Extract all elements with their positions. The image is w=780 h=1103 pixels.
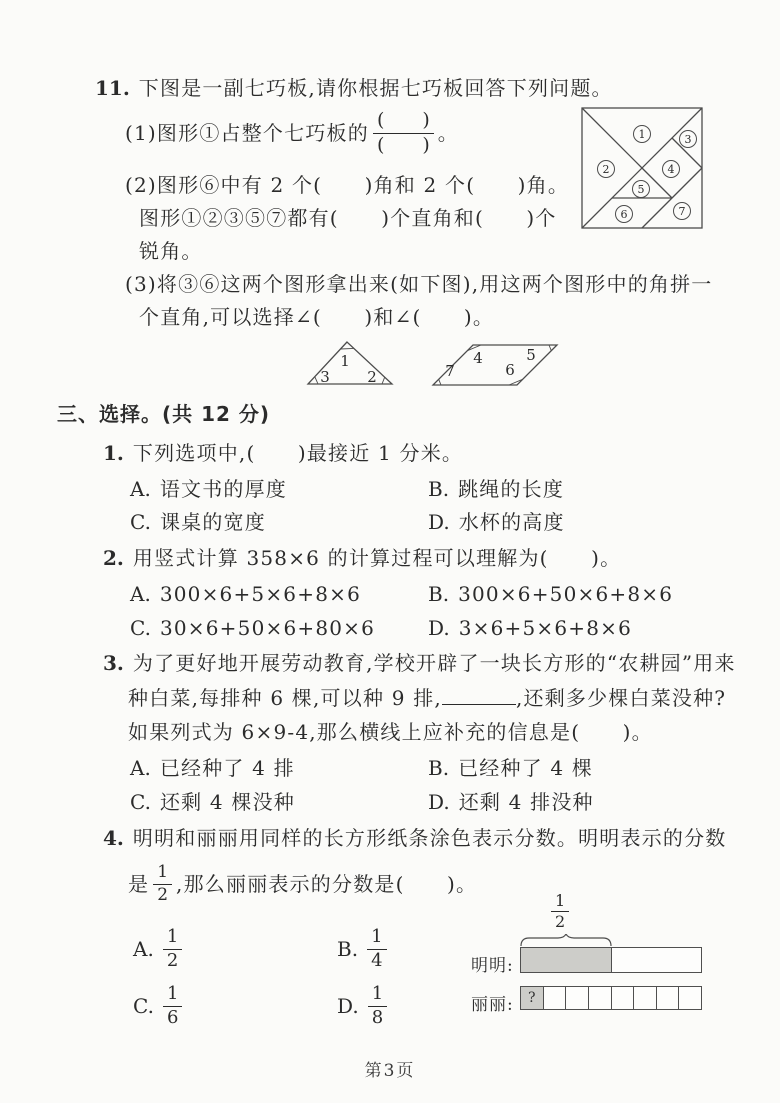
q1-option-c: C.课桌的宽度: [130, 510, 266, 535]
q4-option-a-label: A.: [133, 937, 154, 962]
q3-option-d: D.还剩 4 排没种: [428, 790, 594, 815]
q11-part3-line1: (3)将③⑥这两个图形拿出来(如下图),用这两个图形中的角拼一: [125, 272, 713, 297]
triangle-angle-2-label: 2: [367, 368, 377, 386]
parallelogram-angle-5-label: 5: [526, 346, 536, 364]
q2-option-b: B.300×6+50×6+8×6: [428, 582, 673, 607]
q4-stem-text1: 明明和丽丽用同样的长方形纸条涂色表示分数。明明表示的分数: [133, 826, 727, 850]
parallelogram-angle-6-label: 6: [505, 361, 515, 379]
q3-option-a-label: A.: [130, 756, 151, 780]
tangram-piece-2-label: 2: [603, 163, 610, 176]
q4-number: 4.: [103, 826, 124, 850]
q11-stem-line: 11.下图是一副七巧板,请你根据七巧板回答下列问题。: [95, 76, 613, 101]
mingming-shaded-half: [521, 948, 612, 972]
q3-fill-blank: [442, 686, 516, 705]
q4-option-b-fraction: 1 4: [367, 927, 386, 971]
lili-cell: [679, 987, 701, 1009]
q11-stem-text: 下图是一副七巧板,请你根据七巧板回答下列问题。: [139, 76, 613, 100]
q1-option-c-text: 课桌的宽度: [160, 510, 266, 534]
q4-option-c-fraction: 1 6: [163, 984, 182, 1028]
worksheet-page: 11.下图是一副七巧板,请你根据七巧板回答下列问题。 (1)图形①占整个七巧板的…: [0, 0, 780, 1103]
q2-number: 2.: [103, 546, 124, 570]
fraction-denominator: 2: [163, 950, 182, 972]
q11-part1-suffix: 。: [438, 121, 459, 146]
q11-part1-prefix: (1)图形①占整个七巧板的: [125, 121, 369, 146]
q3-option-c: C.还剩 4 棵没种: [130, 790, 295, 815]
q2-option-c: C.30×6+50×6+80×6: [130, 616, 375, 641]
q3-option-b-text: 已经种了 4 棵: [458, 756, 593, 780]
parallelogram-angle-7-label: 7: [445, 362, 455, 380]
q11-number: 11.: [95, 76, 130, 100]
mingming-bar: [520, 947, 702, 973]
q3-option-a: A.已经种了 4 排: [130, 756, 295, 781]
lili-cell: [544, 987, 567, 1009]
q1-option-d-label: D.: [428, 510, 450, 534]
fraction-denominator: 2: [153, 885, 172, 906]
q4-option-c: C. 1 6: [133, 982, 182, 1030]
fraction-numerator: 1: [163, 984, 182, 1007]
tangram-piece-1-label: 1: [639, 128, 646, 141]
fraction-denominator: 4: [367, 950, 386, 972]
lili-cell: [634, 987, 657, 1009]
q11-part2-line2: 图形①②③⑤⑦都有( )个直角和( )个: [139, 206, 557, 231]
page-footer: 第3页: [365, 1056, 416, 1081]
q2-option-d: D.3×6+5×6+8×6: [428, 616, 632, 641]
q2-option-a: A.300×6+5×6+8×6: [130, 582, 361, 607]
lili-cell: [657, 987, 680, 1009]
tangram-piece-3-label: 3: [685, 133, 692, 146]
fraction-numerator-blank: ( ): [373, 110, 434, 134]
q4-stem-text2-before: 是: [128, 872, 149, 897]
q11-part1-line: (1)图形①占整个七巧板的 ( ) ( ) 。: [125, 110, 459, 156]
q4-stem-fraction: 1 2: [153, 863, 172, 905]
fraction-numerator: 1: [368, 984, 387, 1007]
q3-option-b: B.已经种了 4 棵: [428, 756, 593, 781]
q1-option-d-text: 水杯的高度: [459, 510, 565, 534]
lili-cell: [589, 987, 612, 1009]
tangram-piece-5-label: 5: [638, 183, 645, 196]
q3-option-a-text: 已经种了 4 排: [160, 756, 295, 780]
tangram-piece-7-label: 7: [679, 205, 686, 218]
q3-option-c-label: C.: [130, 790, 151, 814]
q2-stem-line: 2.用竖式计算 358×6 的计算过程可以理解为( )。: [103, 546, 621, 571]
q3-option-d-label: D.: [428, 790, 450, 814]
question-mark: ?: [528, 990, 536, 1006]
tangram-piece-4-label: 4: [668, 163, 675, 176]
q2-stem-text: 用竖式计算 358×6 的计算过程可以理解为( )。: [133, 546, 621, 570]
q2-option-b-label: B.: [428, 582, 449, 606]
q3-number: 3.: [103, 651, 124, 675]
q4-option-d-fraction: 1 8: [368, 984, 387, 1028]
lili-label: 丽丽:: [471, 990, 514, 1015]
q11-part3-line2: 个直角,可以选择∠( )和∠( )。: [139, 305, 494, 330]
overbrace: [520, 934, 612, 947]
q1-option-b: B.跳绳的长度: [428, 477, 564, 502]
q3-stem-line2: 种白菜,每排种 6 棵,可以种 9 排,,还剩多少棵白菜没种?: [128, 686, 726, 711]
q1-option-c-label: C.: [130, 510, 151, 534]
q3-option-c-text: 还剩 4 棵没种: [160, 790, 295, 814]
q3-option-b-label: B.: [428, 756, 449, 780]
q11-part2-line1: (2)图形⑥中有 2 个( )角和 2 个( )角。: [125, 173, 569, 198]
tangram-piece-6-label: 6: [621, 208, 628, 221]
q4-stem-line1: 4.明明和丽丽用同样的长方形纸条涂色表示分数。明明表示的分数: [103, 826, 727, 851]
parallelogram-angle-4-label: 4: [473, 349, 483, 367]
triangle-figure: 1 2 3: [302, 338, 402, 390]
q1-option-a: A.语文书的厚度: [130, 477, 287, 502]
fraction-denominator-blank: ( ): [373, 134, 434, 157]
fraction-denominator: 2: [551, 912, 569, 931]
q2-option-a-label: A.: [130, 582, 151, 606]
q1-option-a-text: 语文书的厚度: [160, 477, 287, 501]
q1-option-b-label: B.: [428, 477, 449, 501]
q4-stem-line2: 是 1 2 ,那么丽丽表示的分数是( )。: [128, 862, 477, 906]
q4-option-d-label: D.: [337, 994, 359, 1019]
q4-option-a: A. 1 2: [133, 925, 182, 973]
tangram-figure: 1 2 3 4 5 6 7: [580, 106, 704, 230]
q2-option-d-label: D.: [428, 616, 450, 640]
section3-title: 三、选择。(共 12 分): [57, 398, 270, 427]
fraction-numerator: 1: [153, 863, 172, 885]
q2-option-c-label: C.: [130, 616, 151, 640]
lili-cell: [566, 987, 589, 1009]
triangle-angle-1-label: 1: [340, 352, 350, 370]
q1-option-b-text: 跳绳的长度: [458, 477, 564, 501]
q3-stem-text1: 为了更好地开展劳动教育,学校开辟了一块长方形的“农耕园”用来: [133, 651, 736, 675]
q4-option-d: D. 1 8: [337, 982, 387, 1030]
q1-option-a-label: A.: [130, 477, 151, 501]
q11-part1-fraction: ( ) ( ): [373, 110, 434, 157]
q3-stem-line1: 3.为了更好地开展劳动教育,学校开辟了一块长方形的“农耕园”用来: [103, 651, 736, 676]
fraction-denominator: 6: [163, 1007, 182, 1029]
q3-option-d-text: 还剩 4 排没种: [459, 790, 594, 814]
lili-cell-question: ?: [521, 987, 544, 1009]
q3-stem-text2-after: ,还剩多少棵白菜没种?: [516, 686, 726, 710]
q1-option-d: D.水杯的高度: [428, 510, 565, 535]
q2-option-a-text: 300×6+5×6+8×6: [160, 582, 361, 606]
q4-option-a-fraction: 1 2: [163, 927, 182, 971]
q4-option-b: B. 1 4: [337, 925, 387, 973]
q2-option-d-text: 3×6+5×6+8×6: [459, 616, 632, 640]
q1-stem-line: 1.下列选项中,( )最接近 1 分米。: [103, 441, 463, 466]
q4-stem-text2-after: ,那么丽丽表示的分数是( )。: [176, 872, 477, 897]
q11-part2-line3: 锐角。: [139, 239, 203, 264]
fraction-denominator: 8: [368, 1007, 387, 1029]
parallelogram-figure: 4 5 6 7: [428, 340, 563, 390]
q2-option-c-text: 30×6+50×6+80×6: [160, 616, 375, 640]
mingming-label: 明明:: [471, 951, 514, 976]
q4-diagram-fraction: 1 2: [551, 892, 569, 932]
q2-option-b-text: 300×6+50×6+8×6: [458, 582, 673, 606]
fraction-numerator: 1: [367, 927, 386, 950]
q1-number: 1.: [103, 441, 124, 465]
q4-option-b-label: B.: [337, 937, 358, 962]
triangle-angle-3-label: 3: [320, 368, 330, 386]
q1-stem-text: 下列选项中,( )最接近 1 分米。: [133, 441, 463, 465]
q3-stem-line3: 如果列式为 6×9-4,那么横线上应补充的信息是( )。: [128, 720, 653, 745]
q4-option-c-label: C.: [133, 994, 154, 1019]
fraction-numerator: 1: [551, 892, 569, 912]
fraction-numerator: 1: [163, 927, 182, 950]
lili-bar: ?: [520, 986, 702, 1010]
lili-cell: [612, 987, 635, 1009]
q3-stem-text2-before: 种白菜,每排种 6 棵,可以种 9 排,: [128, 686, 442, 710]
